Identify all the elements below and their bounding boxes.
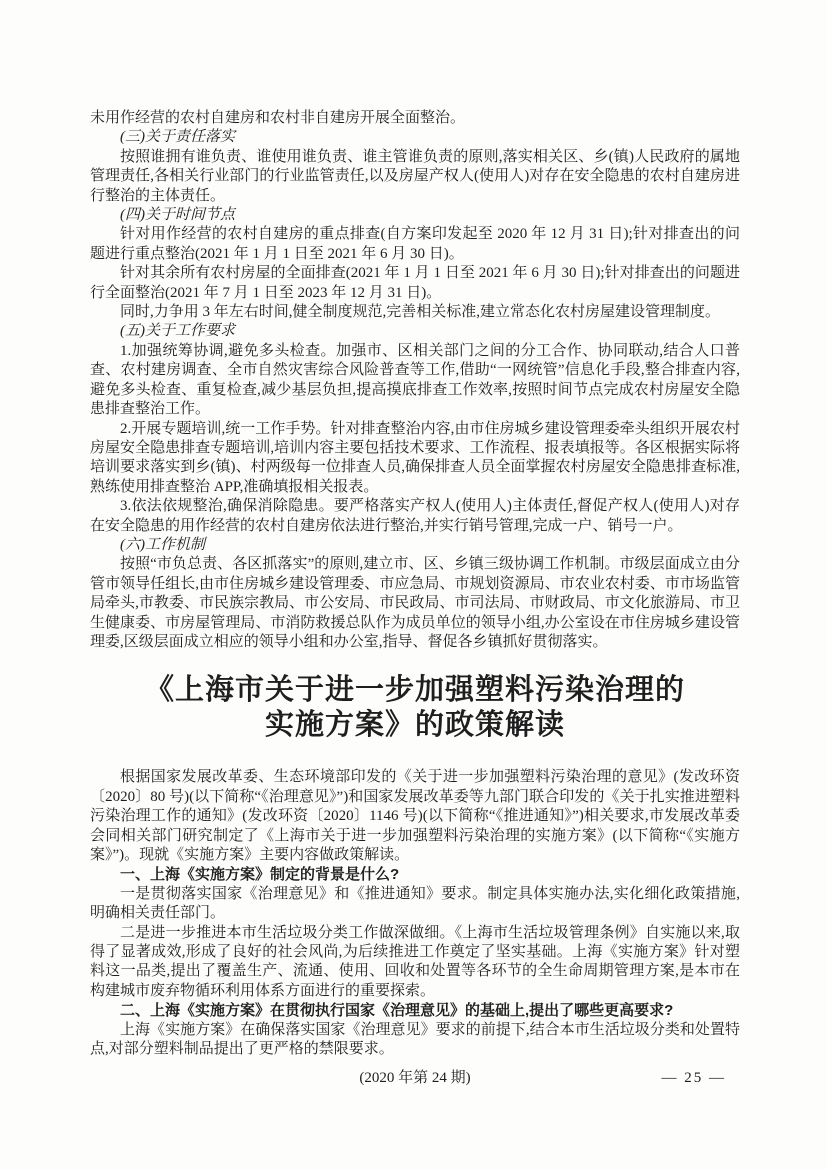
paragraph: 2.开展专题培训,统一工作手势。针对排查整治内容,由市住房城乡建设管理委牵头组织… bbox=[90, 420, 740, 498]
paragraph: 一是贯彻落实国家《治理意见》和《推进通知》要求。制定具体实施办法,实化细化政策措… bbox=[90, 885, 740, 924]
question-heading: 二、上海《实施方案》在贯彻执行国家《治理意见》的基础上,提出了哪些更高要求? bbox=[90, 1001, 740, 1020]
paragraph: 上海《实施方案》在确保落实国家《治理意见》要求的前提下,结合本市生活垃圾分类和处… bbox=[90, 1021, 740, 1060]
question-heading: 一、上海《实施方案》制定的背景是什么? bbox=[90, 865, 740, 884]
section-subheading: (四)关于时间节点 bbox=[90, 206, 740, 225]
paragraph: 3.依法依规整治,确保消除隐患。要严格落实产权人(使用人)主体责任,督促产权人(… bbox=[90, 497, 740, 536]
paragraph: 针对其余所有农村房屋的全面排查(2021 年 1 月 1 日至 2021 年 6… bbox=[90, 264, 740, 303]
paragraph: 按照谁拥有谁负责、谁使用谁负责、谁主管谁负责的原则,落实相关区、乡(镇)人民政府… bbox=[90, 148, 740, 206]
section-subheading: (五)关于工作要求 bbox=[90, 322, 740, 341]
paragraph: 同时,力争用 3 年左右时间,健全制度规范,完善相关标准,建立常态化农村房屋建设… bbox=[90, 303, 740, 322]
paragraph: 未用作经营的农村自建房和农村非自建房开展全面整治。 bbox=[90, 109, 740, 128]
paragraph: 按照“市负总责、各区抓落实”的原则,建立市、区、乡镇三级协调工作机制。市级层面成… bbox=[90, 555, 740, 652]
section-subheading: (六)工作机制 bbox=[90, 536, 740, 555]
article-title-line-1: 《上海市关于进一步加强塑料污染治理的 bbox=[90, 673, 740, 708]
section-subheading: (三)关于责任落实 bbox=[90, 128, 740, 147]
article-title-line-2: 实施方案》的政策解读 bbox=[90, 708, 740, 743]
article-title: 《上海市关于进一步加强塑料污染治理的 实施方案》的政策解读 bbox=[90, 673, 740, 743]
page-content: 未用作经营的农村自建房和农村非自建房开展全面整治。 (三)关于责任落实 按照谁拥… bbox=[90, 109, 740, 1059]
document-page: 未用作经营的农村自建房和农村非自建房开展全面整治。 (三)关于责任落实 按照谁拥… bbox=[0, 0, 827, 1170]
paragraph: 1.加强统筹协调,避免多头检查。加强市、区相关部门之间的分工合作、协同联动,结合… bbox=[90, 342, 740, 420]
footer-issue-label: (2020 年第 24 期) bbox=[90, 1068, 740, 1088]
paragraph: 针对用作经营的农村自建房的重点排查(自方案印发起至 2020 年 12 月 31… bbox=[90, 225, 740, 264]
paragraph: 根据国家发展改革委、生态环境部印发的《关于进一步加强塑料污染治理的意见》(发改环… bbox=[90, 768, 740, 865]
paragraph: 二是进一步推进本市生活垃圾分类工作做深做细。《上海市生活垃圾管理条例》自实施以来… bbox=[90, 924, 740, 1002]
page-number: — 25 — bbox=[662, 1068, 727, 1088]
